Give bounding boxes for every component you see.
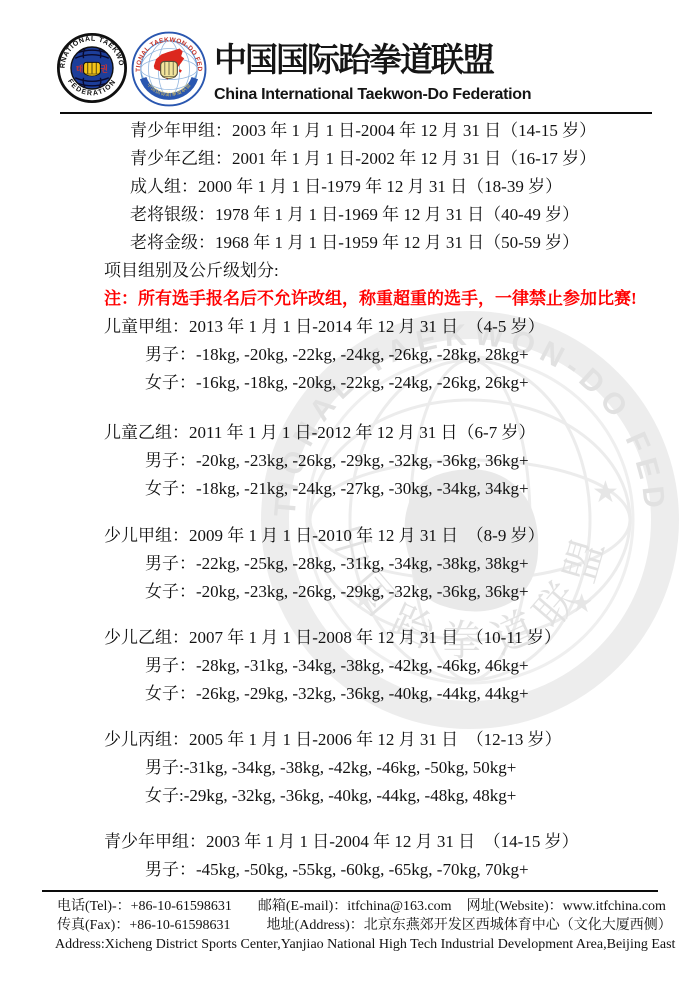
fist-icon [84,62,101,76]
itf-globe-fist-logo: INTERNATIONAL TAEKWON-DO FEDERATION 태 권 [57,33,127,103]
header-text-block: 中国国际跆拳道联盟 China International Taekwon-Do… [214,40,531,104]
korean-tae-glyph: 태 [76,64,83,74]
division-header: 青少年甲组：2003 年 1 月 1 日-2004 年 12 月 31 日 （1… [0,828,700,856]
age-group-line: 青少年乙组：2001 年 1 月 1 日-2002 年 12 月 31 日（16… [0,145,700,173]
division-male-weights: 男子：-18kg, -20kg, -22kg, -24kg, -26kg, -2… [0,341,700,369]
org-title-cn: 中国国际跆拳道联盟 [214,40,531,80]
division-female-weights: 女子：-20kg, -23kg, -26kg, -29kg, -32kg, -3… [0,578,700,606]
footer-address-cn: 地址(Address)：北京东燕郊开发区西城体育中心（文化大厦西侧） [267,916,672,935]
fist-icon [161,61,178,78]
division-male-weights: 男子:-31kg, -34kg, -38kg, -42kg, -46kg, -5… [0,754,700,782]
header-divider [60,112,652,114]
page-footer: 电话(Tel)-：+86-10-61598631邮箱(E-mail)：itfch… [0,897,700,954]
footer-tel: 电话(Tel)-：+86-10-61598631 [57,897,232,916]
division-female-weights: 女子:-29kg, -32kg, -36kg, -40kg, -44kg, -4… [0,782,700,810]
korean-kwon-glyph: 권 [100,64,107,74]
division-block-juniors-c: 少儿丙组：2005 年 1 月 1 日-2006 年 12 月 31 日 （12… [0,726,700,810]
division-female-weights: 女子：-26kg, -29kg, -32kg, -36kg, -40kg, -4… [0,680,700,708]
age-group-line: 老将银级：1978 年 1 月 1 日-1969 年 12 月 31 日（40-… [0,201,700,229]
division-female-weights: 女子：-16kg, -18kg, -20kg, -22kg, -24kg, -2… [0,369,700,397]
footer-email: 邮箱(E-mail)：itfchina@163.com [258,897,452,916]
footer-website: 网址(Website)：www.itfchina.com [467,897,666,916]
age-group-line: 老将金级：1968 年 1 月 1 日-1959 年 12 月 31 日（50-… [0,229,700,257]
footer-contact-line-1: 电话(Tel)-：+86-10-61598631邮箱(E-mail)：itfch… [0,897,700,916]
document-page: INTERNATIONAL TAEKWON-DO FEDERATION 中国跆拳… [0,0,700,990]
division-header: 儿童甲组：2013 年 1 月 1 日-2014 年 12 月 31 日 （4-… [0,313,700,341]
footer-address-en: Address:Xicheng District Sports Center,Y… [0,935,700,954]
preamble-block: 青少年甲组：2003 年 1 月 1 日-2004 年 12 月 31 日（14… [0,117,700,313]
weigh-in-warning-note: 注：所有选手报名后不允许改组，称重超重的选手，一律禁止参加比赛! [0,285,700,313]
division-header: 少儿丙组：2005 年 1 月 1 日-2006 年 12 月 31 日 （12… [0,726,700,754]
age-group-line: 青少年甲组：2003 年 1 月 1 日-2004 年 12 月 31 日（14… [0,117,700,145]
section-title: 项目组别及公斤级划分: [0,257,700,285]
division-female-weights: 女子：-18kg, -21kg, -24kg, -27kg, -30kg, -3… [0,475,700,503]
division-header: 儿童乙组：2011 年 1 月 1 日-2012 年 12 月 31 日（6-7… [0,419,700,447]
division-male-weights: 男子：-45kg, -50kg, -55kg, -60kg, -65kg, -7… [0,856,700,884]
division-male-weights: 男子：-22kg, -25kg, -28kg, -31kg, -34kg, -3… [0,550,700,578]
footer-contact-line-2: 传真(Fax)：+86-10-61598631地址(Address)：北京东燕郊… [0,916,700,935]
division-header: 少儿乙组：2007 年 1 月 1 日-2008 年 12 月 31 日 （10… [0,624,700,652]
age-group-line: 成人组：2000 年 1 月 1 日-1979 年 12 月 31 日（18-3… [0,173,700,201]
division-block-youth-a: 青少年甲组：2003 年 1 月 1 日-2004 年 12 月 31 日 （1… [0,828,700,884]
footer-divider [42,890,658,892]
org-title-en: China International Taekwon-Do Federatio… [214,86,531,104]
division-header: 少儿甲组：2009 年 1 月 1 日-2010 年 12 月 31 日 （8-… [0,522,700,550]
citf-china-fist-logo: INTERNATIONAL TAEKWON-DO FEDERATION 中国国际… [131,30,207,108]
footer-fax: 传真(Fax)：+86-10-61598631 [57,916,231,935]
division-block-children-b: 儿童乙组：2011 年 1 月 1 日-2012 年 12 月 31 日（6-7… [0,419,700,503]
division-block-children-a: 儿童甲组：2013 年 1 月 1 日-2014 年 12 月 31 日 （4-… [0,313,700,397]
division-block-juniors-b: 少儿乙组：2007 年 1 月 1 日-2008 年 12 月 31 日 （10… [0,624,700,708]
division-male-weights: 男子：-28kg, -31kg, -34kg, -38kg, -42kg, -4… [0,652,700,680]
division-block-juniors-a: 少儿甲组：2009 年 1 月 1 日-2010 年 12 月 31 日 （8-… [0,522,700,606]
division-male-weights: 男子：-20kg, -23kg, -26kg, -29kg, -32kg, -3… [0,447,700,475]
